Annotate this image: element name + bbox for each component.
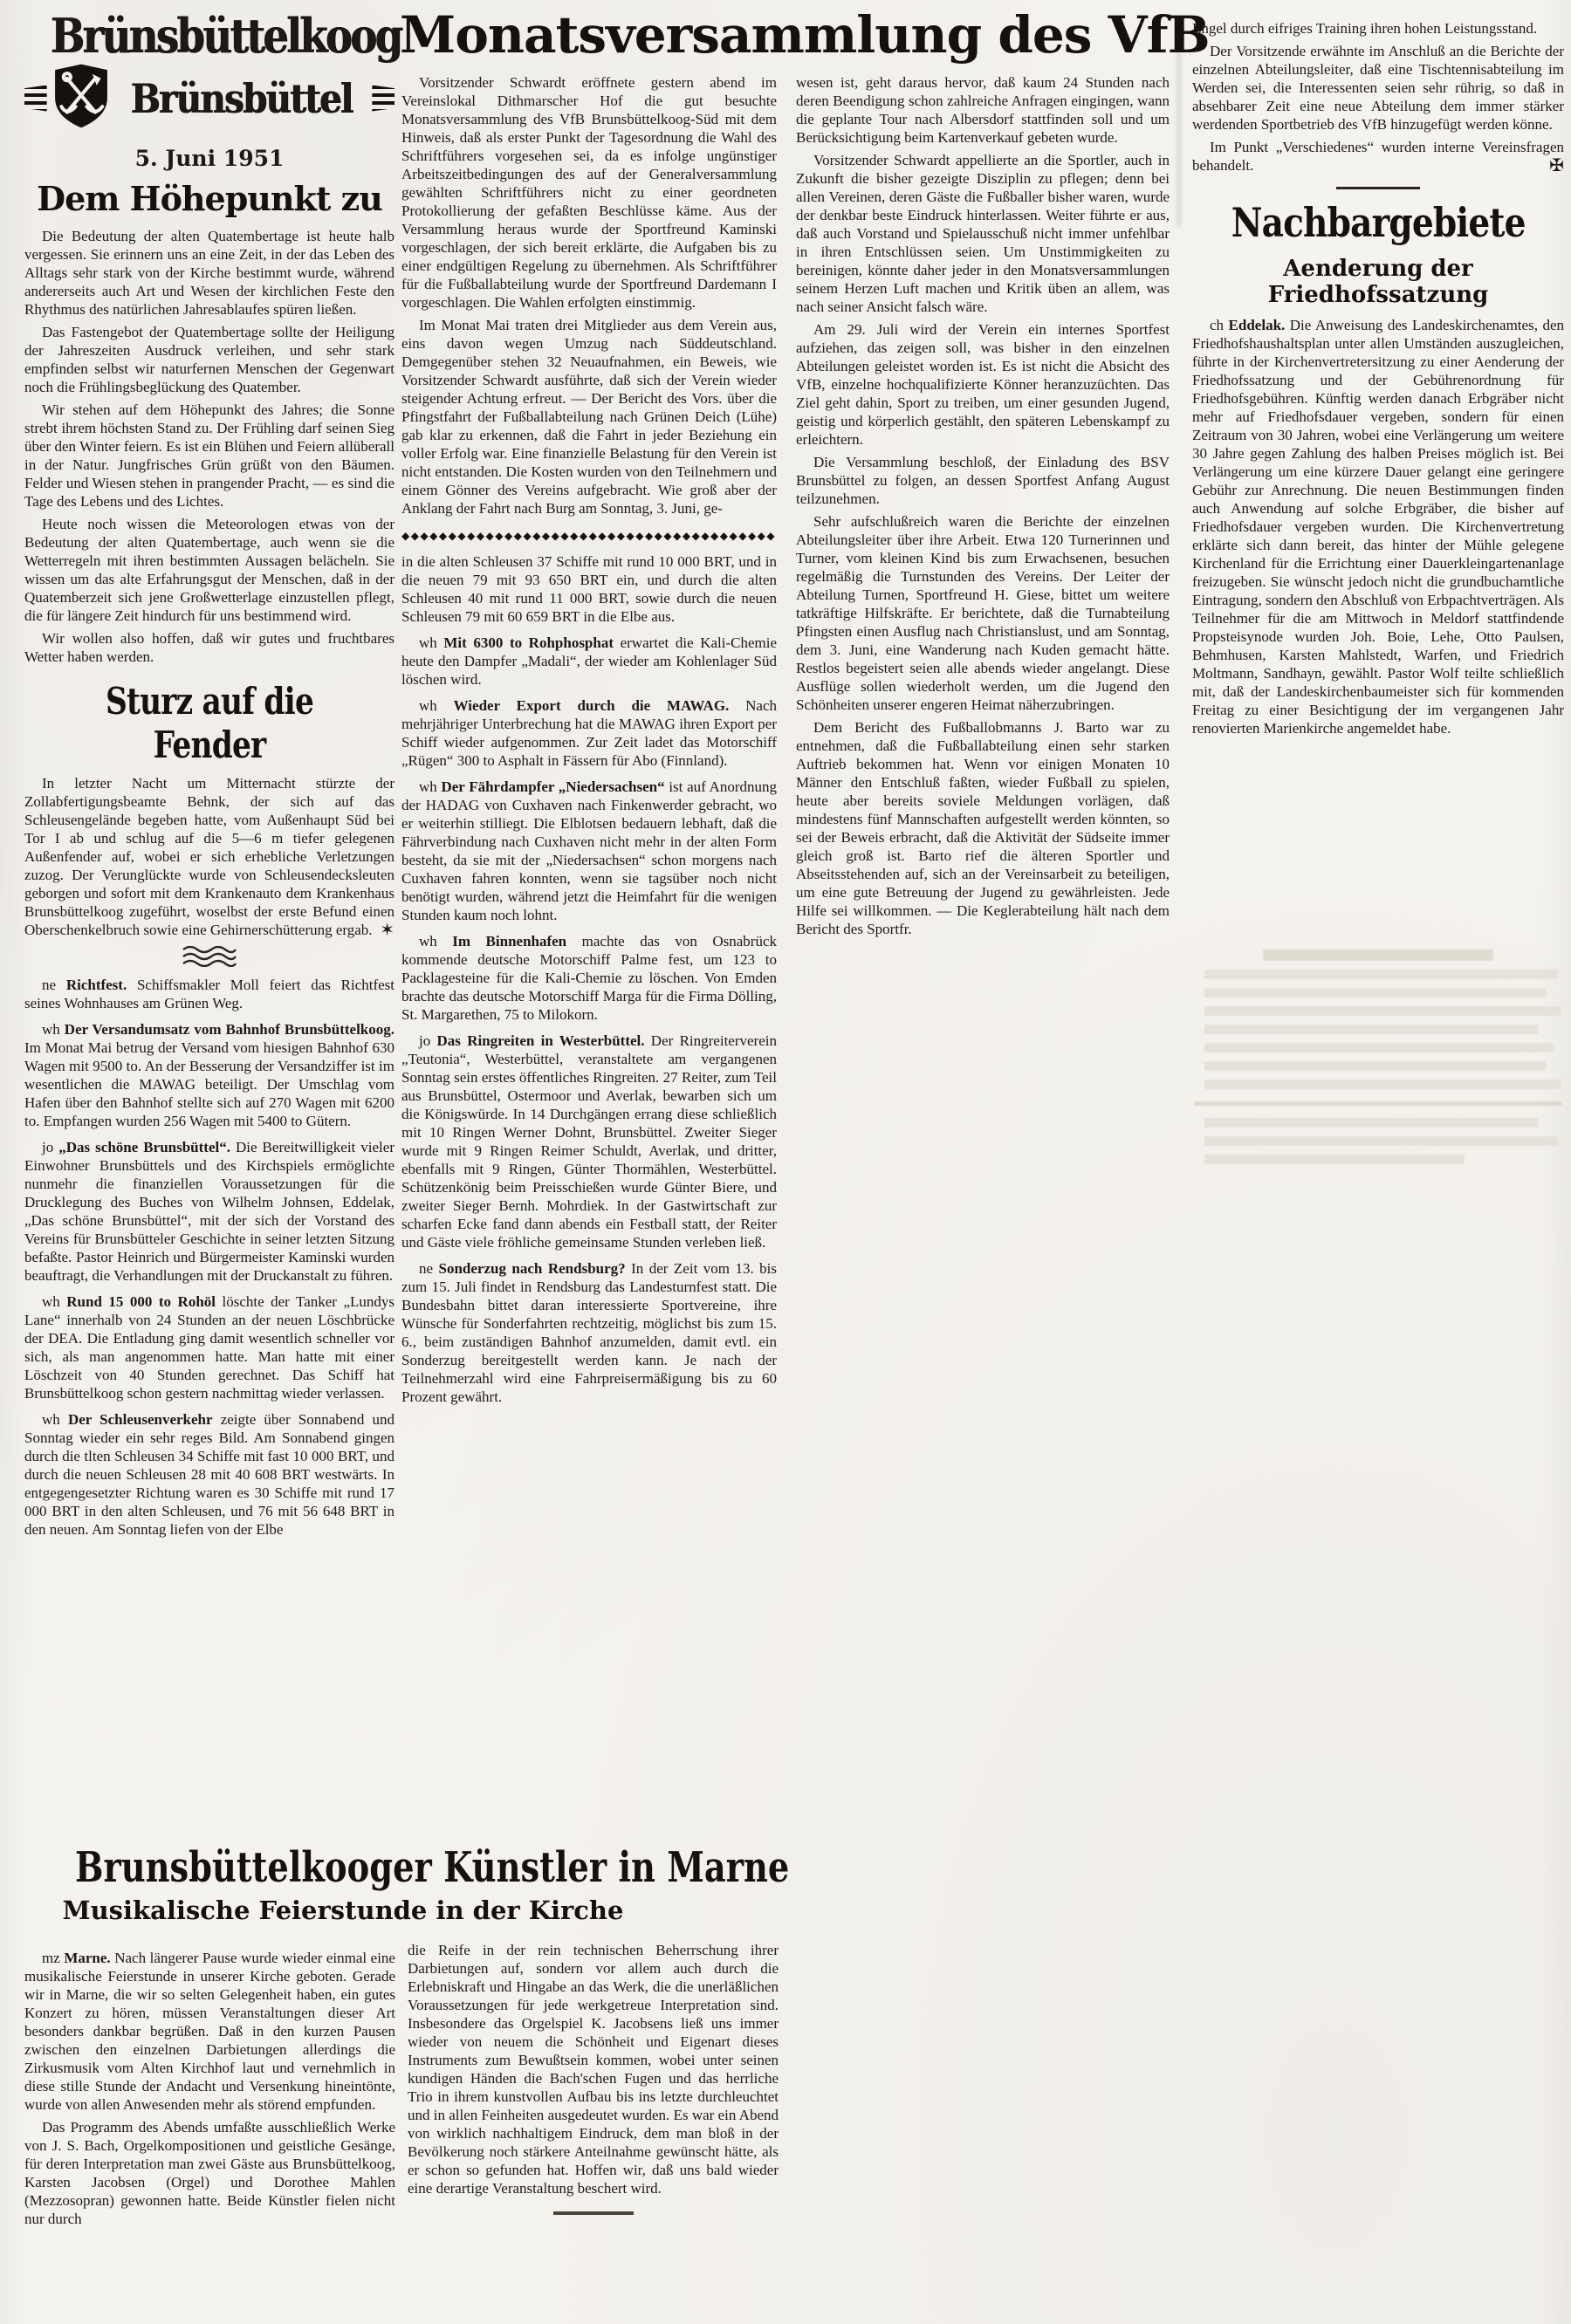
news-item: wh Der Versandumsatz vom Bahnhof Brunsbü… <box>24 1020 394 1130</box>
marne-column-left: mz Marne. Nach längerer Pause wurde wied… <box>24 1941 395 2232</box>
wavy-separator-icon <box>182 946 237 967</box>
masthead-title-line1: Brünsbüttelkoog <box>51 10 369 61</box>
diamond-separator: ◆◆◆◆◆◆◆◆◆◆◆◆◆◆◆◆◆◆◆◆◆◆◆◆◆◆◆◆◆◆◆◆◆◆◆◆◆◆◆◆ <box>401 530 777 544</box>
story-hoehepunkt-body: Die Bedeutung der alten Quatembertage is… <box>24 227 394 666</box>
story-fender-title: Sturz auf die Fender <box>24 680 394 767</box>
news-item: ne Richtfest. Schiffsmakler Moll feiert … <box>24 976 394 1012</box>
anchor-shovel-shield-icon <box>52 63 110 134</box>
paragraph: Der Vorsitzende erwähnte im Anschluß an … <box>1192 42 1564 134</box>
news-item: jo „Das schöne Brunsbüttel“. Die Bereitw… <box>24 1138 394 1285</box>
scan-smudge <box>1177 35 1182 227</box>
masthead-title-line2: Brünsbüttel <box>24 63 394 134</box>
local-news-list: ne Richtfest. Schiffsmakler Moll feiert … <box>24 976 394 1539</box>
section-divider-rule <box>1336 187 1420 189</box>
paragraph: Vorsitzender Schwardt eröffnete gestern … <box>401 73 777 312</box>
star-end-icon: ✶ <box>380 921 394 939</box>
marne-subhead: Musikalische Feierstunde in der Kirche <box>24 1896 662 1925</box>
marne-headline: Brunsbüttelkooger Künstler in Marne <box>75 1843 638 1892</box>
paragraph: Im Monat Mai traten drei Mitglieder aus … <box>401 316 777 518</box>
column-right: Engel durch eifriges Training ihren hohe… <box>1192 19 1564 742</box>
vfb-body-part2: wesen ist, geht daraus hervor, daß kaum … <box>796 73 1170 938</box>
friedhofssatzung-title: Aenderung der Friedhofssatzung <box>1192 256 1564 308</box>
news-item: wh Wieder Export durch die MAWAG. Nach m… <box>401 696 777 770</box>
news-item: jo Das Ringreiten in Westerbüttel. Der R… <box>401 1032 777 1251</box>
nachbar-article: ch Eddelak. Die Anweisung des Landeskirc… <box>1192 316 1564 737</box>
ghost-showthrough <box>1192 941 1564 1173</box>
news-item: ch Eddelak. Die Anweisung des Landeskirc… <box>1192 316 1564 737</box>
paragraph: Die Bedeutung der alten Quatembertage is… <box>24 227 394 319</box>
paragraph: Das Programm des Abends umfaßte ausschli… <box>24 2118 395 2228</box>
newspaper-page: Monatsversammlung des VfB Brünsbüttelkoo… <box>0 0 1571 2324</box>
nachbargebiete-title: Nachbargebiete <box>1192 200 1564 245</box>
paragraph: Wir wollen also hoffen, daß wir gutes un… <box>24 629 394 666</box>
paragraph: Die Versammlung beschloß, der Einladung … <box>796 453 1170 508</box>
masthead: Brünsbüttelkoog <box>24 10 394 134</box>
vfb-headline: Monatsversammlung des VfB <box>400 7 1173 63</box>
masthead-stripes-icon <box>372 86 394 112</box>
news-item: wh Mit 6300 to Rohphosphat erwartet die … <box>401 634 777 689</box>
column-left: Brünsbüttelkoog <box>24 10 394 1543</box>
paragraph: Sehr aufschlußreich waren die Berichte d… <box>796 512 1170 714</box>
article-end-rule <box>553 2211 634 2215</box>
masthead-stripes-icon <box>24 86 47 112</box>
news-item: wh Rund 15 000 to Rohöl löschte der Tank… <box>24 1292 394 1402</box>
cross-end-icon: ✠ <box>1549 156 1564 175</box>
harbor-news-list: wh Mit 6300 to Rohphosphat erwartet die … <box>401 634 777 1406</box>
paragraph: wesen ist, geht daraus hervor, daß kaum … <box>796 73 1170 147</box>
news-item: wh Der Fährdampfer „Niedersachsen“ ist a… <box>401 778 777 924</box>
vfb-body-part3: Engel durch eifriges Training ihren hohe… <box>1192 19 1564 134</box>
marne-column-right: die Reife in der rein technischen Beherr… <box>408 1941 779 2232</box>
news-item: wh Im Binnenhafen machte das von Osnabrü… <box>401 932 777 1024</box>
marne-article: Brunsbüttelkooger Künstler in Marne Musi… <box>24 1843 779 2232</box>
harbor-lead-in: in die alten Schleusen 37 Schiffe mit ru… <box>401 552 777 626</box>
vfb-closing: Im Punkt „Verschiedenes“ wurden interne … <box>1192 138 1564 175</box>
dateline: 5. Juni 1951 <box>24 146 394 171</box>
story-hoehepunkt-title: Dem Höhepunkt zu <box>24 180 394 218</box>
news-item: ne Sonderzug nach Rendsburg? In der Zeit… <box>401 1259 777 1406</box>
column-vfb-2: wesen ist, geht daraus hervor, daß kaum … <box>796 73 1170 943</box>
story-fender-body: In letzter Nacht um Mitternacht stürzte … <box>24 774 394 939</box>
paragraph: Vorsitzender Schwardt appellierte an die… <box>796 151 1170 316</box>
paragraph: Engel durch eifriges Training ihren hohe… <box>1192 19 1564 38</box>
news-item: wh Der Schleusenverkehr zeigte über Sonn… <box>24 1410 394 1539</box>
paragraph: Heute noch wissen die Meteorologen etwas… <box>24 515 394 625</box>
vfb-body-part1: Vorsitzender Schwardt eröffnete gestern … <box>401 73 777 518</box>
paragraph: Das Fastengebot der Quatembertage sollte… <box>24 323 394 396</box>
column-vfb-1: Vorsitzender Schwardt eröffnete gestern … <box>401 73 777 1410</box>
news-item: mz Marne. Nach längerer Pause wurde wied… <box>24 1949 395 2114</box>
paragraph: Am 29. Juli wird der Verein ein internes… <box>796 320 1170 449</box>
paragraph: Wir stehen auf dem Höhepunkt des Jahres;… <box>24 401 394 511</box>
paragraph: Dem Bericht des Fußballobmanns J. Barto … <box>796 718 1170 938</box>
masthead-title-word2: Brünsbüttel <box>130 76 352 121</box>
